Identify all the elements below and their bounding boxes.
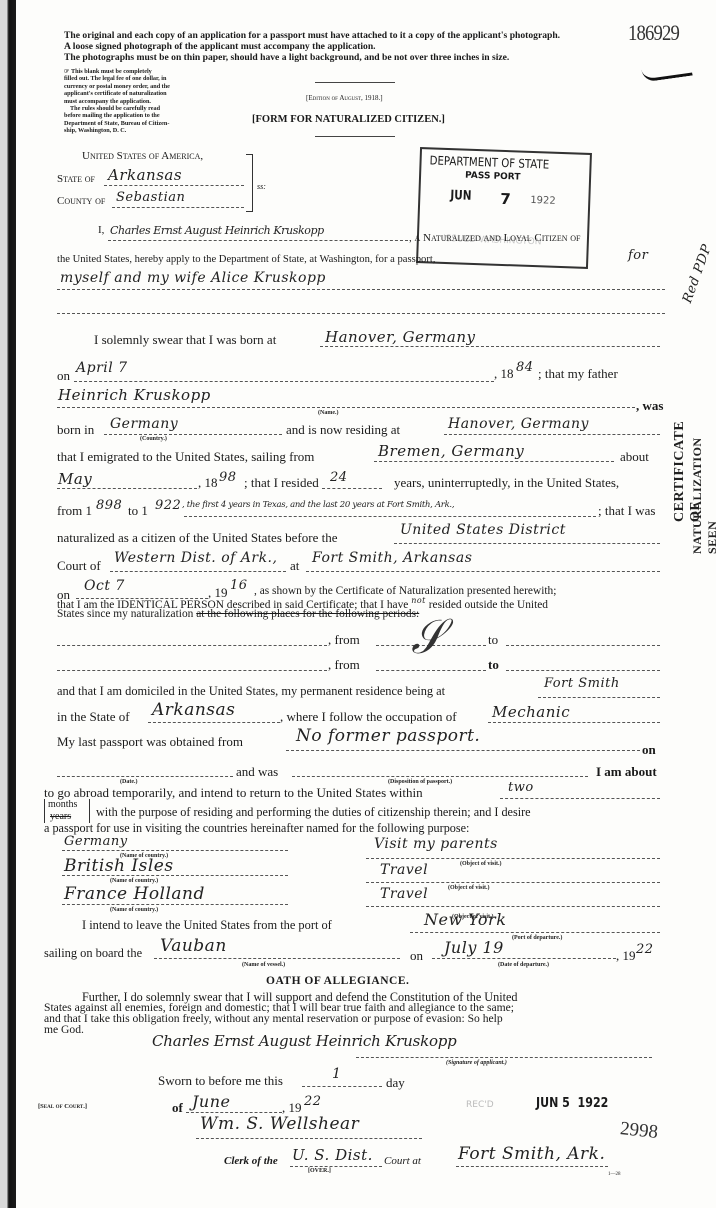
note-line: The rules should be carefully read [64,105,170,112]
country-caption-3: (Name of country.) [110,907,158,913]
note-line: ship, Washington, D. C. [64,127,170,134]
abroad-text: to go abroad temporarily, and intend to … [44,785,423,801]
note-line: filled out. The legal fee of one dollar,… [64,75,170,82]
applicant-prefix: I, [98,224,104,236]
received-stamp-number: 2998 [619,1118,659,1144]
naturalization-date: Oct 7 [84,578,125,594]
applicant-apply-text: the United States, hereby apply to the D… [57,254,435,265]
clerk-signature-line [196,1138,422,1139]
vessel-name: Vauban [160,936,227,956]
received-stamp-date: JUN 5 1922 [536,1096,608,1111]
destination-country-3: France Holland [64,884,205,904]
check-mark [641,63,692,83]
passport-date-line [57,776,233,777]
clerk-court-line [290,1166,382,1167]
at-label: at [290,558,299,574]
occupation-line [488,722,660,723]
birth-father-text: ; that my father [538,366,618,382]
applicant-purpose: myself and my wife Alice Kruskopp [60,270,326,286]
applicant-for: for [628,248,648,263]
emigration-month-line [57,488,197,489]
to-label-1: to [488,632,498,648]
naturalization-year: 16 [230,578,248,593]
sidebar-note: ☞ This blank must be completely filled o… [64,68,170,135]
birth-sworn: I solemnly swear that I was born at [94,332,276,348]
object-line-2 [366,882,660,883]
stamp-year: 1922 [530,195,556,207]
about-label: I am about [596,764,657,780]
emigration-to-year: 922 [155,498,181,513]
travel-duration: two [508,780,534,795]
object-line-1 [366,858,660,859]
departure-year: 22 [636,942,654,957]
court-place: Fort Smith, Ark. [458,1144,605,1164]
state-line [104,185,244,186]
domicile-state-label: in the State of [57,709,130,725]
domicile-state: Arkansas [152,700,235,720]
to-line-1 [506,645,660,646]
note-line: Department of State, Bureau of Citizen- [64,120,170,127]
signature-caption: (Signature of applicant.) [446,1060,507,1066]
last-passport-line [286,750,640,751]
county-line [112,207,244,208]
jurat-year: 22 [304,1094,322,1109]
father-country: Germany [110,416,178,432]
to-label-2: to [488,657,499,673]
note-line: applicant's certificate of naturalizatio… [64,90,170,97]
vessel-label: sailing on board the [44,946,142,961]
stamp-line1: DEPARTMENT OF STATE [429,153,549,171]
emigration-text: that I emigrated to the United States, s… [57,449,314,465]
note-line: must accompany the application. [64,98,170,105]
emigration-port: Bremen, Germany [378,442,524,460]
departure-year-label: , 19 [616,948,636,964]
emigration-year-label: , 18 [198,475,218,491]
last-passport-value: No former passport. [296,726,480,746]
birth-was: , was [636,398,663,414]
header-notice-2: A loose signed photograph of the applica… [64,41,376,52]
district-line [110,571,286,572]
port-line [410,932,660,933]
destination-object-2: Travel [380,862,428,878]
emigration-from-label: from 1 [57,503,92,519]
emigration-year: 98 [219,470,237,485]
emigration-that-i-was: ; that I was [598,503,655,519]
clerk-signature: Wm. S. Wellshear [200,1114,359,1134]
object-caption-1: (Object of visit.) [460,861,502,867]
of-label: of [172,1100,183,1116]
departure-on-label: on [410,948,423,964]
court-place-line [456,1166,608,1167]
object-line-3 [366,906,660,907]
resided-place-line-2 [57,670,327,671]
venue-county-label: County of [57,195,105,207]
received-stamp-text: REC'D [466,1100,494,1110]
domicile-text: and that I am domiciled in the United St… [57,684,445,699]
departure-date-caption: (Date of departure.) [498,962,549,968]
domicile-state-line [148,722,280,723]
handwritten-mark: 𝒮 [407,610,447,664]
vessel-line [154,958,400,959]
emigration-years: 24 [330,470,348,485]
domicile-city: Fort Smith [544,676,620,691]
court-line [394,543,660,544]
duration-line [500,798,660,799]
naturalization-place: Fort Smith, Arkansas [312,550,472,566]
birth-year: 84 [516,360,534,375]
resided-place-line-1 [57,645,327,646]
from-line-2 [376,670,486,671]
form-number: 1—28 [608,1172,621,1177]
unit-months: months [48,799,77,810]
sworn-day-line [302,1086,382,1087]
jurat-month: June [192,1092,231,1111]
oath-line-4: me God. [44,1023,84,1036]
departure-date-line [432,958,616,959]
scan-edge [0,0,16,1208]
destination-country-2: British Isles [64,856,174,876]
disposition-line [292,776,588,777]
port-caption: (Port of departure.) [512,935,562,941]
country-line-3 [62,904,288,905]
venue-county-value: Sebastian [116,190,185,205]
passport-issued-stamp: DEPARTMENT OF STATE PASS PORT JUN 7 1922… [416,147,592,269]
emigration-resided: ; that I resided [244,475,319,491]
note-line: before mailing the application to the [64,112,170,119]
to-line-2 [506,670,660,671]
born-in-label: born in [57,422,94,438]
country-line-1 [62,850,288,851]
bracket [246,154,253,212]
birth-on: on [57,368,70,384]
sworn-label: Sworn to before me this [158,1073,283,1089]
naturalization-district: Western Dist. of Ark., [114,550,277,566]
applicant-signature: Charles Ernst August Heinrich Kruskopp [152,1032,457,1050]
applicant-status: , a Naturalized and Loyal Citizen of [409,232,580,244]
oath-title: OATH OF ALLEGIANCE. [266,975,409,987]
last-passport-label: My last passport was obtained from [57,734,243,750]
court-at-label: Court at [384,1155,421,1167]
blank-line [57,313,665,314]
note-line: ☞ This blank must be completely [64,68,170,75]
edition-label: [Edition of August, 1918.] [306,94,383,102]
over-label: [OVER.] [308,1168,331,1174]
day-label: day [386,1075,405,1091]
years-line [322,488,382,489]
vessel-caption: (Name of vessel.) [242,962,285,968]
naturalization-text: naturalized as a citizen of the United S… [57,530,337,546]
court-of-label: Court of [57,558,101,574]
emigration-from-year: 898 [96,498,122,513]
and-was-label: and was [236,764,278,780]
object-caption-2: (Object of visit.) [448,885,490,891]
name-caption: (Name.) [318,410,339,416]
sworn-day: 1 [332,1066,341,1082]
residence-note-line [184,516,596,517]
ss-label: ss: [257,182,266,191]
birth-year-prefix: , 18 [494,366,514,382]
venue-state-value: Arkansas [108,166,182,184]
struck-text: at the following places for the followin… [196,608,419,620]
note-line: currency or postal money order, and the [64,83,170,90]
father-country-line [104,434,282,435]
resided-text: resided outside the United [429,599,548,611]
emigration-about: about [620,449,649,465]
emigration-month: May [58,470,92,488]
country-caption: (Country.) [140,436,167,442]
stamp-line2: PASS PORT [465,171,521,183]
purpose-line [57,289,665,290]
birthplace-line [320,346,660,347]
form-title: [FORM FOR NATURALIZED CITIZEN.] [252,114,445,125]
departure-port: New York [424,910,506,929]
from-label-1: , from [328,632,360,648]
purpose-text: with the purpose of residing and perform… [96,805,531,820]
jurat-month-line [186,1112,282,1113]
oath-line-3: and that I take this obligation freely, … [44,1012,503,1025]
states-text: States since my naturalization [57,608,193,620]
divider [315,136,395,137]
emigration-residence-note: , the first 4 years in Texas, and the la… [182,500,454,510]
emigration-port-line [374,461,614,462]
stamp-day: 7 [500,190,511,208]
apply-text: the United States, hereby apply to the D… [57,254,435,265]
father-name-line [57,407,635,408]
signature-line [356,1057,652,1058]
side-stamp-initials: Red PDP [680,242,715,305]
destination-country-1: Germany [64,834,128,849]
emigration-to-label: to 1 [128,503,148,519]
naturalization-court: United States District [400,522,566,538]
header-notice-3: The photographs must be on thin paper, s… [64,52,509,63]
header-notice-1: The original and each copy of an applica… [64,30,560,41]
birthdate-line [74,381,494,382]
seal-of-court: [Seal of Court.] [38,1103,87,1110]
birth-date: April 7 [76,360,128,376]
departure-date: July 19 [444,938,504,957]
emigration-years-text: years, uninterruptedly, in the United St… [394,475,619,491]
leave-text: I intend to leave the United States from… [82,918,332,933]
clerk-label: Clerk of the [224,1155,278,1167]
applicant-name: Charles Ernst August Heinrich Kruskopp [110,224,324,237]
side-stamp-line2: NATURALIZATION SEEN [690,437,716,554]
nat-states-text: States since my naturalization at the fo… [57,608,419,620]
serial-number: 186929 [628,20,679,46]
domicile-occupation: Mechanic [492,703,570,721]
occupation-label: , where I follow the occupation of [280,709,457,725]
father-residence-line [444,434,660,435]
name-line [108,240,408,241]
venue-country: United States of America, [82,150,203,162]
residing-label: and is now residing at [286,422,400,438]
destination-object-3: Travel [380,886,428,902]
birth-place: Hanover, Germany [325,328,475,346]
father-residence: Hanover, Germany [448,416,589,432]
destination-object-1: Visit my parents [374,836,498,852]
from-label-2: , from [328,657,360,673]
venue-state-label: State of [57,173,95,185]
father-name: Heinrich Kruskopp [58,386,211,404]
not-insert: not [411,596,426,605]
passport-on-label: on [642,742,656,758]
domicile-city-line [538,697,660,698]
naturalization-place-line [306,571,660,572]
clerk-court: U. S. Dist. [292,1146,373,1164]
divider [315,82,395,83]
stamp-month: JUN [450,188,472,204]
